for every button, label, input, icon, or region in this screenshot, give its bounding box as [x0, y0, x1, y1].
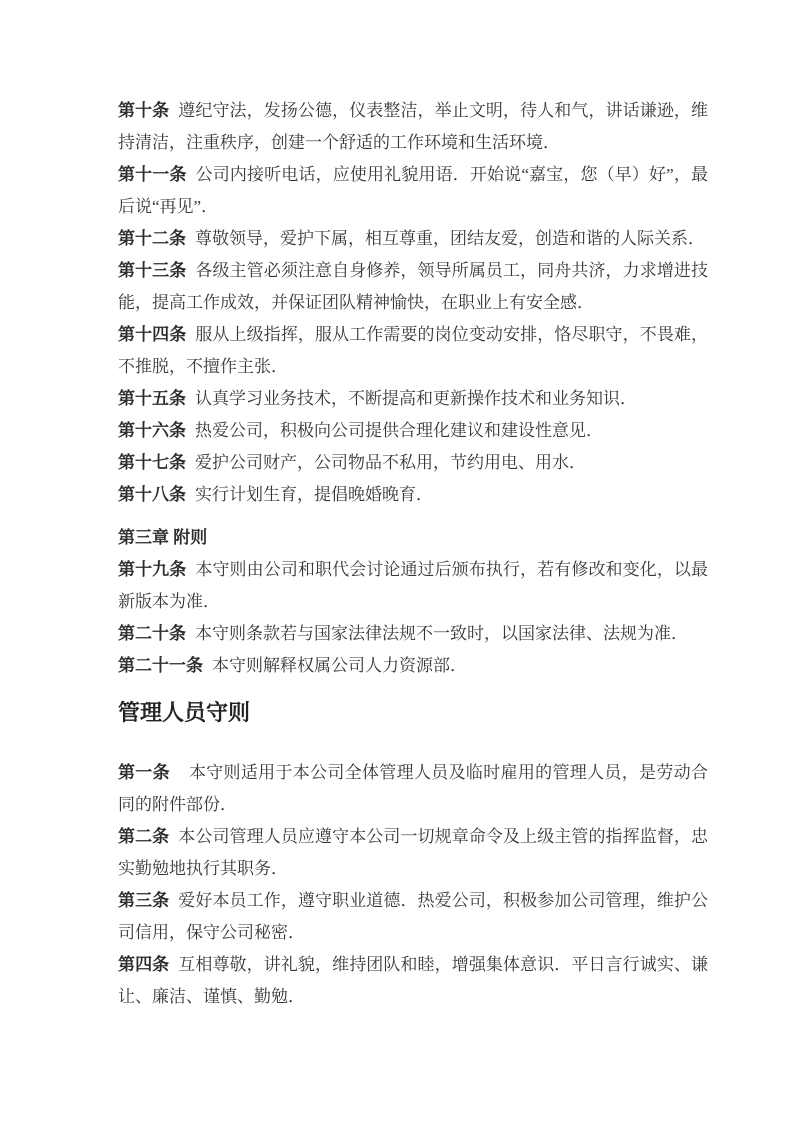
article-20-label: 第二十条 [118, 624, 186, 643]
article-21-text: 本守则解释权属公司人力资源部． [212, 656, 467, 675]
article-11-text: 公司内接听电话，应使用礼貌用语．开始说“嘉宝，您（早）好”，最后说“再见”． [118, 165, 708, 216]
article-16: 第十六条热爱公司，积极向公司提供合理化建议和建设性意见． [118, 415, 708, 447]
manager-code-title: 管理人员守则 [118, 695, 708, 731]
article-14: 第十四条服从上级指挥，服从工作需要的岗位变动安排，恪尽职守，不畏难，不推脱，不擅… [118, 319, 708, 383]
article-11: 第十一条公司内接听电话，应使用礼貌用语．开始说“嘉宝，您（早）好”，最后说“再见… [118, 159, 708, 223]
article-16-text: 热爱公司，积极向公司提供合理化建议和建设性意见． [195, 421, 603, 440]
article-12-text: 尊敬领导，爱护下属，相互尊重，团结友爱，创造和谐的人际关系． [195, 229, 705, 248]
article-10-label: 第十条 [118, 101, 169, 120]
article-15-text: 认真学习业务技术，不断提高和更新操作技术和业务知识． [195, 389, 637, 408]
article-20: 第二十条本守则条款若与国家法律法规不一致时，以国家法律、法规为准． [118, 618, 708, 650]
article-17-text: 爱护公司财产，公司物品不私用，节约用电、用水． [195, 453, 586, 472]
article-17-label: 第十七条 [118, 453, 186, 472]
article-14-text: 服从上级指挥，服从工作需要的岗位变动安排，恪尽职守，不畏难，不推脱，不擅作主张． [118, 325, 708, 376]
article-19-label: 第十九条 [118, 560, 186, 579]
article-17: 第十七条爱护公司财产，公司物品不私用，节约用电、用水． [118, 447, 708, 479]
manager-article-2-label: 第二条 [118, 827, 169, 846]
article-18: 第十八条实行计划生育，提倡晚婚晚育． [118, 479, 708, 511]
article-10-text: 遵纪守法，发扬公德，仪表整洁，举止文明，待人和气，讲话谦逊，维持清洁，注重秩序，… [118, 101, 708, 152]
article-16-label: 第十六条 [118, 421, 186, 440]
manager-article-2-text: 本公司管理人员应遵守本公司一切规章命令及上级主管的指挥监督，忠实勤勉地执行其职务… [118, 827, 708, 878]
manager-article-1-label: 第一条 [118, 763, 170, 782]
article-21-label: 第二十一条 [118, 656, 203, 675]
manager-article-1-text: 本守则适用于本公司全体管理人员及临时雇用的管理人员，是劳动合同的附件部份． [118, 763, 708, 814]
article-12: 第十二条尊敬领导，爱护下属，相互尊重，团结友爱，创造和谐的人际关系． [118, 223, 708, 255]
manager-article-4-text: 互相尊敬，讲礼貌，维持团队和睦，增强集体意识．平日言行诚实、谦让、廉洁、谨慎、勤… [118, 955, 708, 1006]
article-13: 第十三条各级主管必须注意自身修养，领导所属员工，同舟共济，力求增进技能，提高工作… [118, 255, 708, 319]
manager-article-2: 第二条本公司管理人员应遵守本公司一切规章命令及上级主管的指挥监督，忠实勤勉地执行… [118, 821, 708, 885]
article-15-label: 第十五条 [118, 389, 186, 408]
article-13-label: 第十三条 [118, 261, 186, 280]
article-18-label: 第十八条 [118, 485, 186, 504]
manager-article-1: 第一条本守则适用于本公司全体管理人员及临时雇用的管理人员，是劳动合同的附件部份． [118, 757, 708, 821]
article-21: 第二十一条本守则解释权属公司人力资源部． [118, 650, 708, 682]
chapter-3-heading: 第三章 附则 [118, 522, 708, 554]
manager-article-3-label: 第三条 [118, 891, 169, 910]
article-18-text: 实行计划生育，提倡晚婚晚育． [195, 485, 433, 504]
article-19: 第十九条本守则由公司和职代会讨论通过后颁布执行，若有修改和变化，以最新版本为准． [118, 554, 708, 618]
article-19-text: 本守则由公司和职代会讨论通过后颁布执行，若有修改和变化，以最新版本为准． [118, 560, 708, 611]
manager-article-3: 第三条爱好本员工作，遵守职业道德．热爱公司，积极参加公司管理，维护公司信用，保守… [118, 885, 708, 949]
document-page: 第十条遵纪守法，发扬公德，仪表整洁，举止文明，待人和气，讲话谦逊，维持清洁，注重… [0, 0, 793, 1122]
manager-article-4-label: 第四条 [118, 955, 169, 974]
manager-article-3-text: 爱好本员工作，遵守职业道德．热爱公司，积极参加公司管理，维护公司信用，保守公司秘… [118, 891, 708, 942]
article-20-text: 本守则条款若与国家法律法规不一致时，以国家法律、法规为准． [195, 624, 688, 643]
article-11-label: 第十一条 [118, 165, 187, 184]
article-13-text: 各级主管必须注意自身修养，领导所属员工，同舟共济，力求增进技能，提高工作成效，并… [118, 261, 708, 312]
manager-article-4: 第四条互相尊敬，讲礼貌，维持团队和睦，增强集体意识．平日言行诚实、谦让、廉洁、谨… [118, 949, 708, 1013]
article-10: 第十条遵纪守法，发扬公德，仪表整洁，举止文明，待人和气，讲话谦逊，维持清洁，注重… [118, 95, 708, 159]
article-12-label: 第十二条 [118, 229, 186, 248]
article-15: 第十五条认真学习业务技术，不断提高和更新操作技术和业务知识． [118, 383, 708, 415]
article-14-label: 第十四条 [118, 325, 186, 344]
